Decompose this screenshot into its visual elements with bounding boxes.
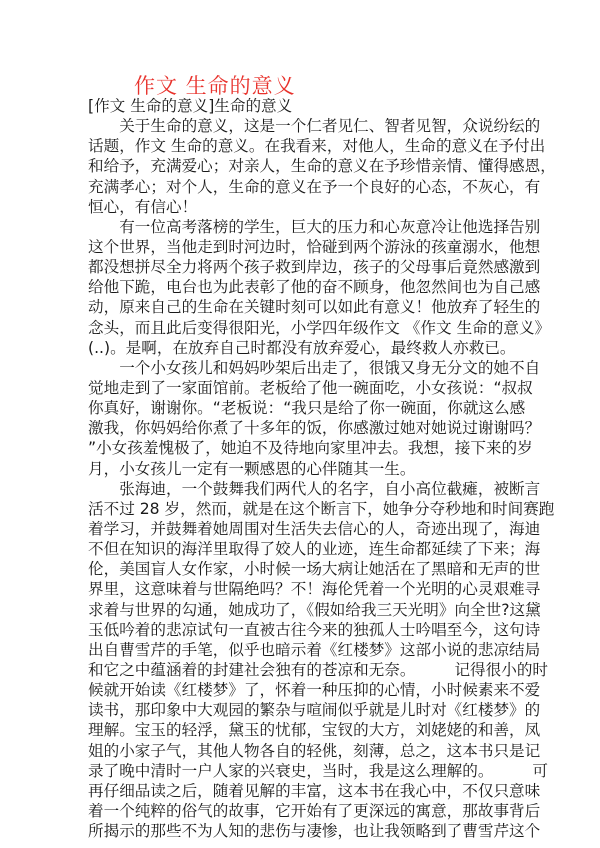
- text-line: [作文 生命的意义]生命的意义: [88, 96, 506, 116]
- text-line: 候就开始读《红楼梦》了，怀着一种压抑的心情，小时候素来不爱: [88, 680, 506, 700]
- document-body: [作文 生命的意义]生命的意义 关于生命的意义，这是一个仁者见仁、智者见智，众说…: [88, 96, 508, 841]
- text-line: 这个世界，当他走到时河边时，恰碰到两个游泳的孩童溺水，他想: [88, 237, 506, 257]
- text-line: 求着与世界的勾通，她成功了，《假如给我三天光明》向全世?这黛: [88, 600, 506, 620]
- document-title: 作文 生命的意义: [134, 74, 296, 98]
- text-line: 伦，美国盲人女作家，小时候一场大病让她活在了黑暗和无声的世: [88, 559, 506, 579]
- text-line: 念头，而且此后变得很阳光，小学四年级作文 《作文 生命的意义》: [88, 318, 506, 338]
- text-line: 不但在知识的海洋里取得了姣人的业迹，连生命都延续了下来；海: [88, 539, 506, 559]
- text-line: 读书，那印象中大观园的繁杂与喧闹似乎就是儿时对《红楼梦》的: [88, 700, 506, 720]
- text-line: 恒心，有信心！: [88, 197, 506, 217]
- text-line: 理解。宝玉的轻浮，黛玉的忧郁，宝钗的大方，刘姥姥的和善，凤: [88, 720, 506, 740]
- text-line: 一个小女孩儿和妈妈吵架后出走了，很饿又身无分文的她不自: [88, 358, 506, 378]
- text-line: 和给予，充满爱心；对亲人，生命的意义在予珍惜亲情、懂得感恩，: [88, 156, 506, 176]
- text-line: 录了晚中清时一户人家的兴衰史，当时，我是这么理解的。 可: [88, 761, 506, 781]
- text-line: 有一位高考落榜的学生，巨大的压力和心灰意冷让他选择告别: [88, 217, 506, 237]
- text-line: 觉地走到了一家面馆前。老板给了他一碗面吃，小女孩说：“叔叔: [88, 378, 506, 398]
- text-line: 玉低吟着的悲凉试句一直被古往今来的独孤人士吟唱至今，这句诗: [88, 620, 506, 640]
- text-line: 月，小女孩儿一定有一颗感恩的心伴随其一生。: [88, 459, 506, 479]
- text-line: (..)。是啊，在放弃自己时都没有放弃爱心，最终救人亦救已。: [88, 338, 506, 358]
- text-line: 你真好，谢谢你。“老板说：“我只是给了你一碗面，你就这么感: [88, 398, 506, 418]
- text-line: 激我，你妈妈给你煮了十多年的饭，你感激过她对她说过谢谢吗？: [88, 418, 506, 438]
- text-line: 话题，作文 生命的意义。在我看来，对他人，生命的意义在予付出: [88, 136, 506, 156]
- text-line: 动，原来自己的生命在关键时刻可以如此有意义！他放弃了轻生的: [88, 297, 506, 317]
- text-line: 再仔细品读之后，随着见解的丰富，这本书在我心中，不仅只意味: [88, 781, 506, 801]
- text-line: 姐的小家子气，其他人物各自的轻佻，刻薄，总之，这本书只是记: [88, 741, 506, 761]
- text-line: 给他下跪，电台也为此表彰了他的奋不顾身，他忽然间也为自己感: [88, 277, 506, 297]
- text-line: 都没想拼尽全力将两个孩子救到岸边，孩子的父母事后竟然感激到: [88, 257, 506, 277]
- text-line: 张海迪，一个鼓舞我们两代人的名字，自小高位截瘫，被断言: [88, 479, 506, 499]
- text-line: 活不过 28 岁，然而，就是在这个断言下，她争分夺秒地和时间赛跑: [88, 499, 506, 519]
- text-line: ”小女孩羞愧极了，她迫不及待地向家里冲去。我想，接下来的岁: [88, 438, 506, 458]
- document-page: 作文 生命的意义 [作文 生命的意义]生命的意义 关于生命的意义，这是一个仁者见…: [0, 0, 600, 848]
- text-line: 出自曹雪芹的手笔，似乎也暗示着《红楼梦》这部小说的悲凉结局: [88, 640, 506, 660]
- text-line: 所揭示的那些不为人知的悲伤与凄惨，也让我领略到了曹雪芹这个: [88, 821, 506, 841]
- text-line: 充满孝心；对个人，生命的意义在予一个良好的心态，不灰心，有: [88, 177, 506, 197]
- text-line: 着一个纯粹的俗气的故事，它开始有了更深远的寓意，那故事背后: [88, 801, 506, 821]
- text-line: 和它之中蕴涵着的封建社会独有的苍凉和无奈。 记得很小的时: [88, 660, 506, 680]
- text-line: 关于生命的意义，这是一个仁者见仁、智者见智，众说纷纭的: [88, 116, 506, 136]
- text-line: 界里，这意味着与世隔绝吗？不！海伦凭着一个光明的心灵艰难寻: [88, 579, 506, 599]
- text-line: 着学习，并鼓舞着她周围对生活失去信心的人，奇迹出现了，海迪: [88, 519, 506, 539]
